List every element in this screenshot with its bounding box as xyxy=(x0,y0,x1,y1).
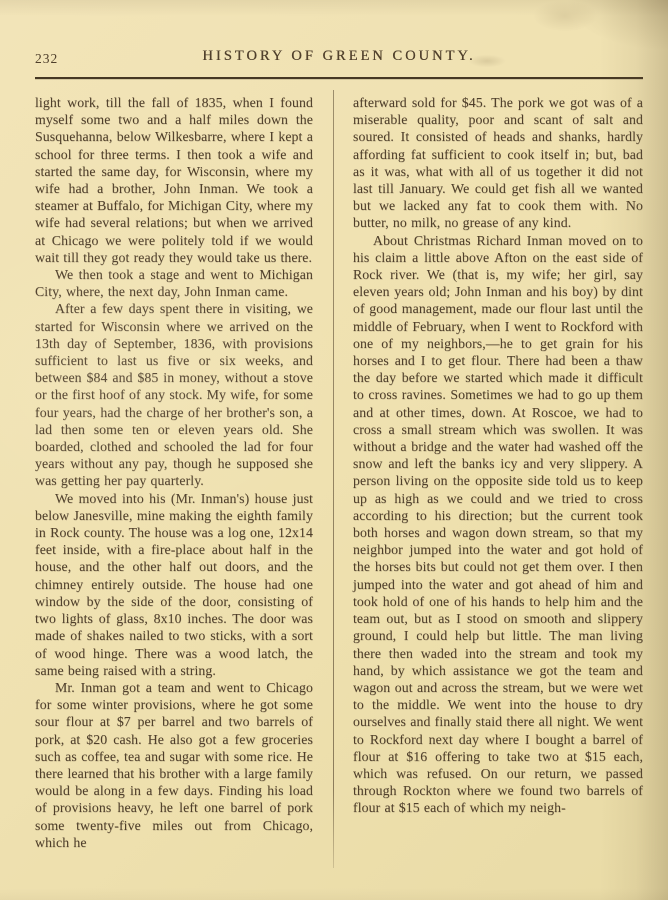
page-number: 232 xyxy=(35,51,58,67)
paragraph: We moved into his (Mr. Inman's) house ju… xyxy=(35,490,313,679)
header-rule xyxy=(35,77,643,79)
paragraph: About Christmas Richard Inman moved on t… xyxy=(353,232,643,817)
column-right: afterward sold for $45. The pork we got … xyxy=(353,90,643,876)
book-page: 232 HISTORY OF GREEN COUNTY. light work,… xyxy=(0,0,668,900)
page-header: 232 HISTORY OF GREEN COUNTY. xyxy=(35,48,643,70)
paragraph: After a few days spent there in visiting… xyxy=(35,300,313,489)
column-divider xyxy=(333,90,334,868)
paragraph: light work, till the fall of 1835, when … xyxy=(35,94,313,266)
running-title: HISTORY OF GREEN COUNTY. xyxy=(35,48,643,65)
paragraph: afterward sold for $45. The pork we got … xyxy=(353,94,643,232)
text-columns: light work, till the fall of 1835, when … xyxy=(35,90,643,876)
paragraph: Mr. Inman got a team and went to Chicago… xyxy=(35,679,313,851)
column-left: light work, till the fall of 1835, when … xyxy=(35,90,313,876)
paragraph: We then took a stage and went to Michiga… xyxy=(35,266,313,300)
